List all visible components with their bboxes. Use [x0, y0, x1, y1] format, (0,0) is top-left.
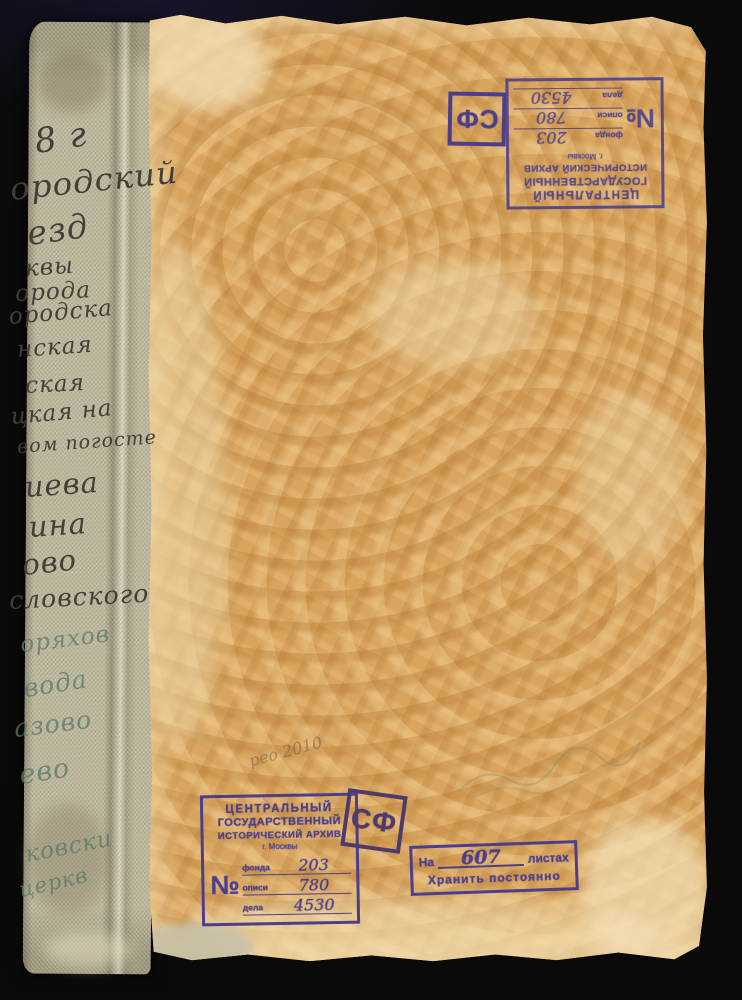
archive-city-line: г. Москвы	[209, 841, 351, 854]
fond-value-handwritten: 203	[276, 858, 351, 874]
faded-green-scribble	[455, 735, 645, 805]
opis-row: описи 780	[514, 108, 623, 129]
sf-stamp-text: СФ	[349, 802, 399, 840]
numero-sign: №	[626, 102, 655, 133]
spine-handwriting-fragment: ина	[28, 506, 88, 544]
sf-stamp-text: СФ	[455, 103, 499, 135]
opis-value-handwritten: 780	[276, 878, 351, 894]
worn-patch-top-left	[149, 15, 269, 110]
archival-book-cover-photo: 8 г ородский езд квы орода ородска нская…	[0, 0, 742, 1000]
cloth-showing-bottom-left	[143, 923, 253, 969]
spine-handwriting-fragment: ская	[25, 370, 86, 399]
sheets-line: На 607 листах	[418, 847, 569, 869]
archive-name-line3: ИСТОРИЧЕСКИЙ АРХИВ	[514, 160, 656, 174]
delo-row: дела 4530	[514, 88, 623, 109]
archive-stamp-top: ЦЕНТРАЛЬНЫЙ ГОСУДАРСТВЕННЫЙ ИСТОРИЧЕСКИЙ…	[505, 77, 664, 209]
sheets-count-handwritten: 607	[438, 849, 524, 869]
numero-sign: №	[210, 870, 240, 902]
spine-handwriting-fragment: нская	[16, 332, 93, 363]
fond-row: фонда 203	[242, 854, 351, 876]
delo-label: дела	[589, 89, 623, 100]
delo-label: дела	[243, 903, 277, 914]
spine-handwriting-fragment: иева	[24, 465, 100, 504]
fond-row: фонда 203	[514, 128, 623, 149]
delo-value-handwritten: 4530	[277, 898, 352, 914]
sheets-prefix: На	[419, 855, 435, 870]
opis-row: описи 780	[242, 874, 351, 896]
spine-stain	[37, 52, 107, 112]
sheets-count-stamp: На 607 листах Хранить постоянно	[409, 840, 579, 896]
worn-patch-right	[577, 393, 687, 563]
spine-worn-patch	[43, 932, 133, 969]
opis-label: описи	[589, 109, 623, 120]
archive-name-line1: ЦЕНТРАЛЬНЫЙ	[514, 186, 656, 202]
delo-row: дела 4530	[243, 894, 352, 916]
spine-handwriting-fragment: ово	[20, 542, 78, 582]
archive-stamp-bottom: ЦЕНТРАЛЬНЫЙ ГОСУДАРСТВЕННЫЙ ИСТОРИЧЕСКИЙ…	[200, 793, 360, 927]
delo-value-handwritten: 4530	[514, 89, 589, 104]
fond-label: фонда	[589, 129, 623, 140]
archive-name-line2: ГОСУДАРСТВЕННЫЙ	[514, 172, 656, 187]
sf-stamp-top: СФ	[448, 91, 507, 146]
fond-value-handwritten: 203	[514, 129, 589, 144]
worn-patch-center	[367, 258, 537, 368]
worn-patch-left-strip	[141, 243, 226, 743]
sf-stamp-bottom: СФ	[340, 788, 407, 854]
fond-label: фонда	[242, 863, 276, 874]
worn-patch-bottom-right-corner	[582, 817, 712, 967]
spine-handwriting-fragment: 8 г	[32, 114, 90, 162]
sheets-suffix: листах	[528, 851, 569, 866]
opis-value-handwritten: 780	[514, 109, 589, 124]
archive-city-line: г. Москвы	[514, 149, 656, 161]
keep-permanently-line: Хранить постоянно	[419, 869, 569, 888]
opis-label: описи	[242, 883, 276, 894]
